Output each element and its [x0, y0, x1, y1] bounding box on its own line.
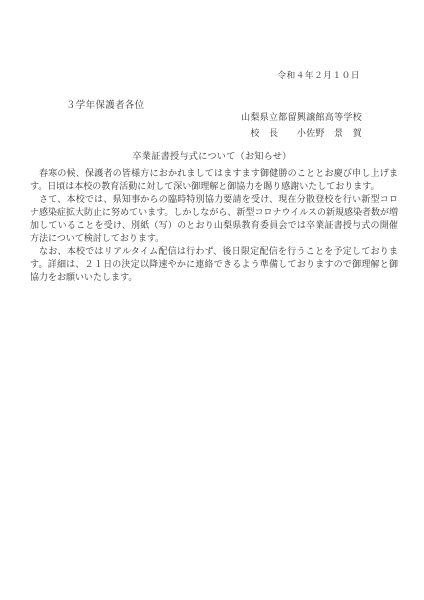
sender-block: 山梨県立都留興譲館高等学校 校 長 小佐野 景 賀 — [0, 109, 362, 141]
sender-school-name: 山梨県立都留興譲館高等学校 — [0, 109, 362, 125]
document-date: 令和４年２月１０日 — [0, 69, 360, 81]
body-paragraph-greeting: 春寒の候、保護者の皆様方におかれましてはますます御健勝のこととお慶び申し上げます… — [30, 167, 398, 193]
document-title: 卒業証書授与式について（お知らせ） — [0, 148, 424, 162]
body-paragraph-main: さて、本校では、県知事からの臨時特別協力要請を受け、現在分散登校を行い新型コロナ… — [30, 193, 398, 245]
document-body: 春寒の候、保護者の皆様方におかれましてはますます御健勝のこととお慶び申し上げます… — [30, 167, 398, 284]
letter-page: 令和４年２月１０日 ３学年保護者各位 山梨県立都留興譲館高等学校 校 長 小佐野… — [0, 0, 424, 600]
sender-principal-name: 校 長 小佐野 景 賀 — [0, 125, 362, 141]
body-paragraph-closing: なお、本校ではリアルタイム配信は行わず、後日限定配信を行うことを予定しております… — [30, 245, 398, 284]
